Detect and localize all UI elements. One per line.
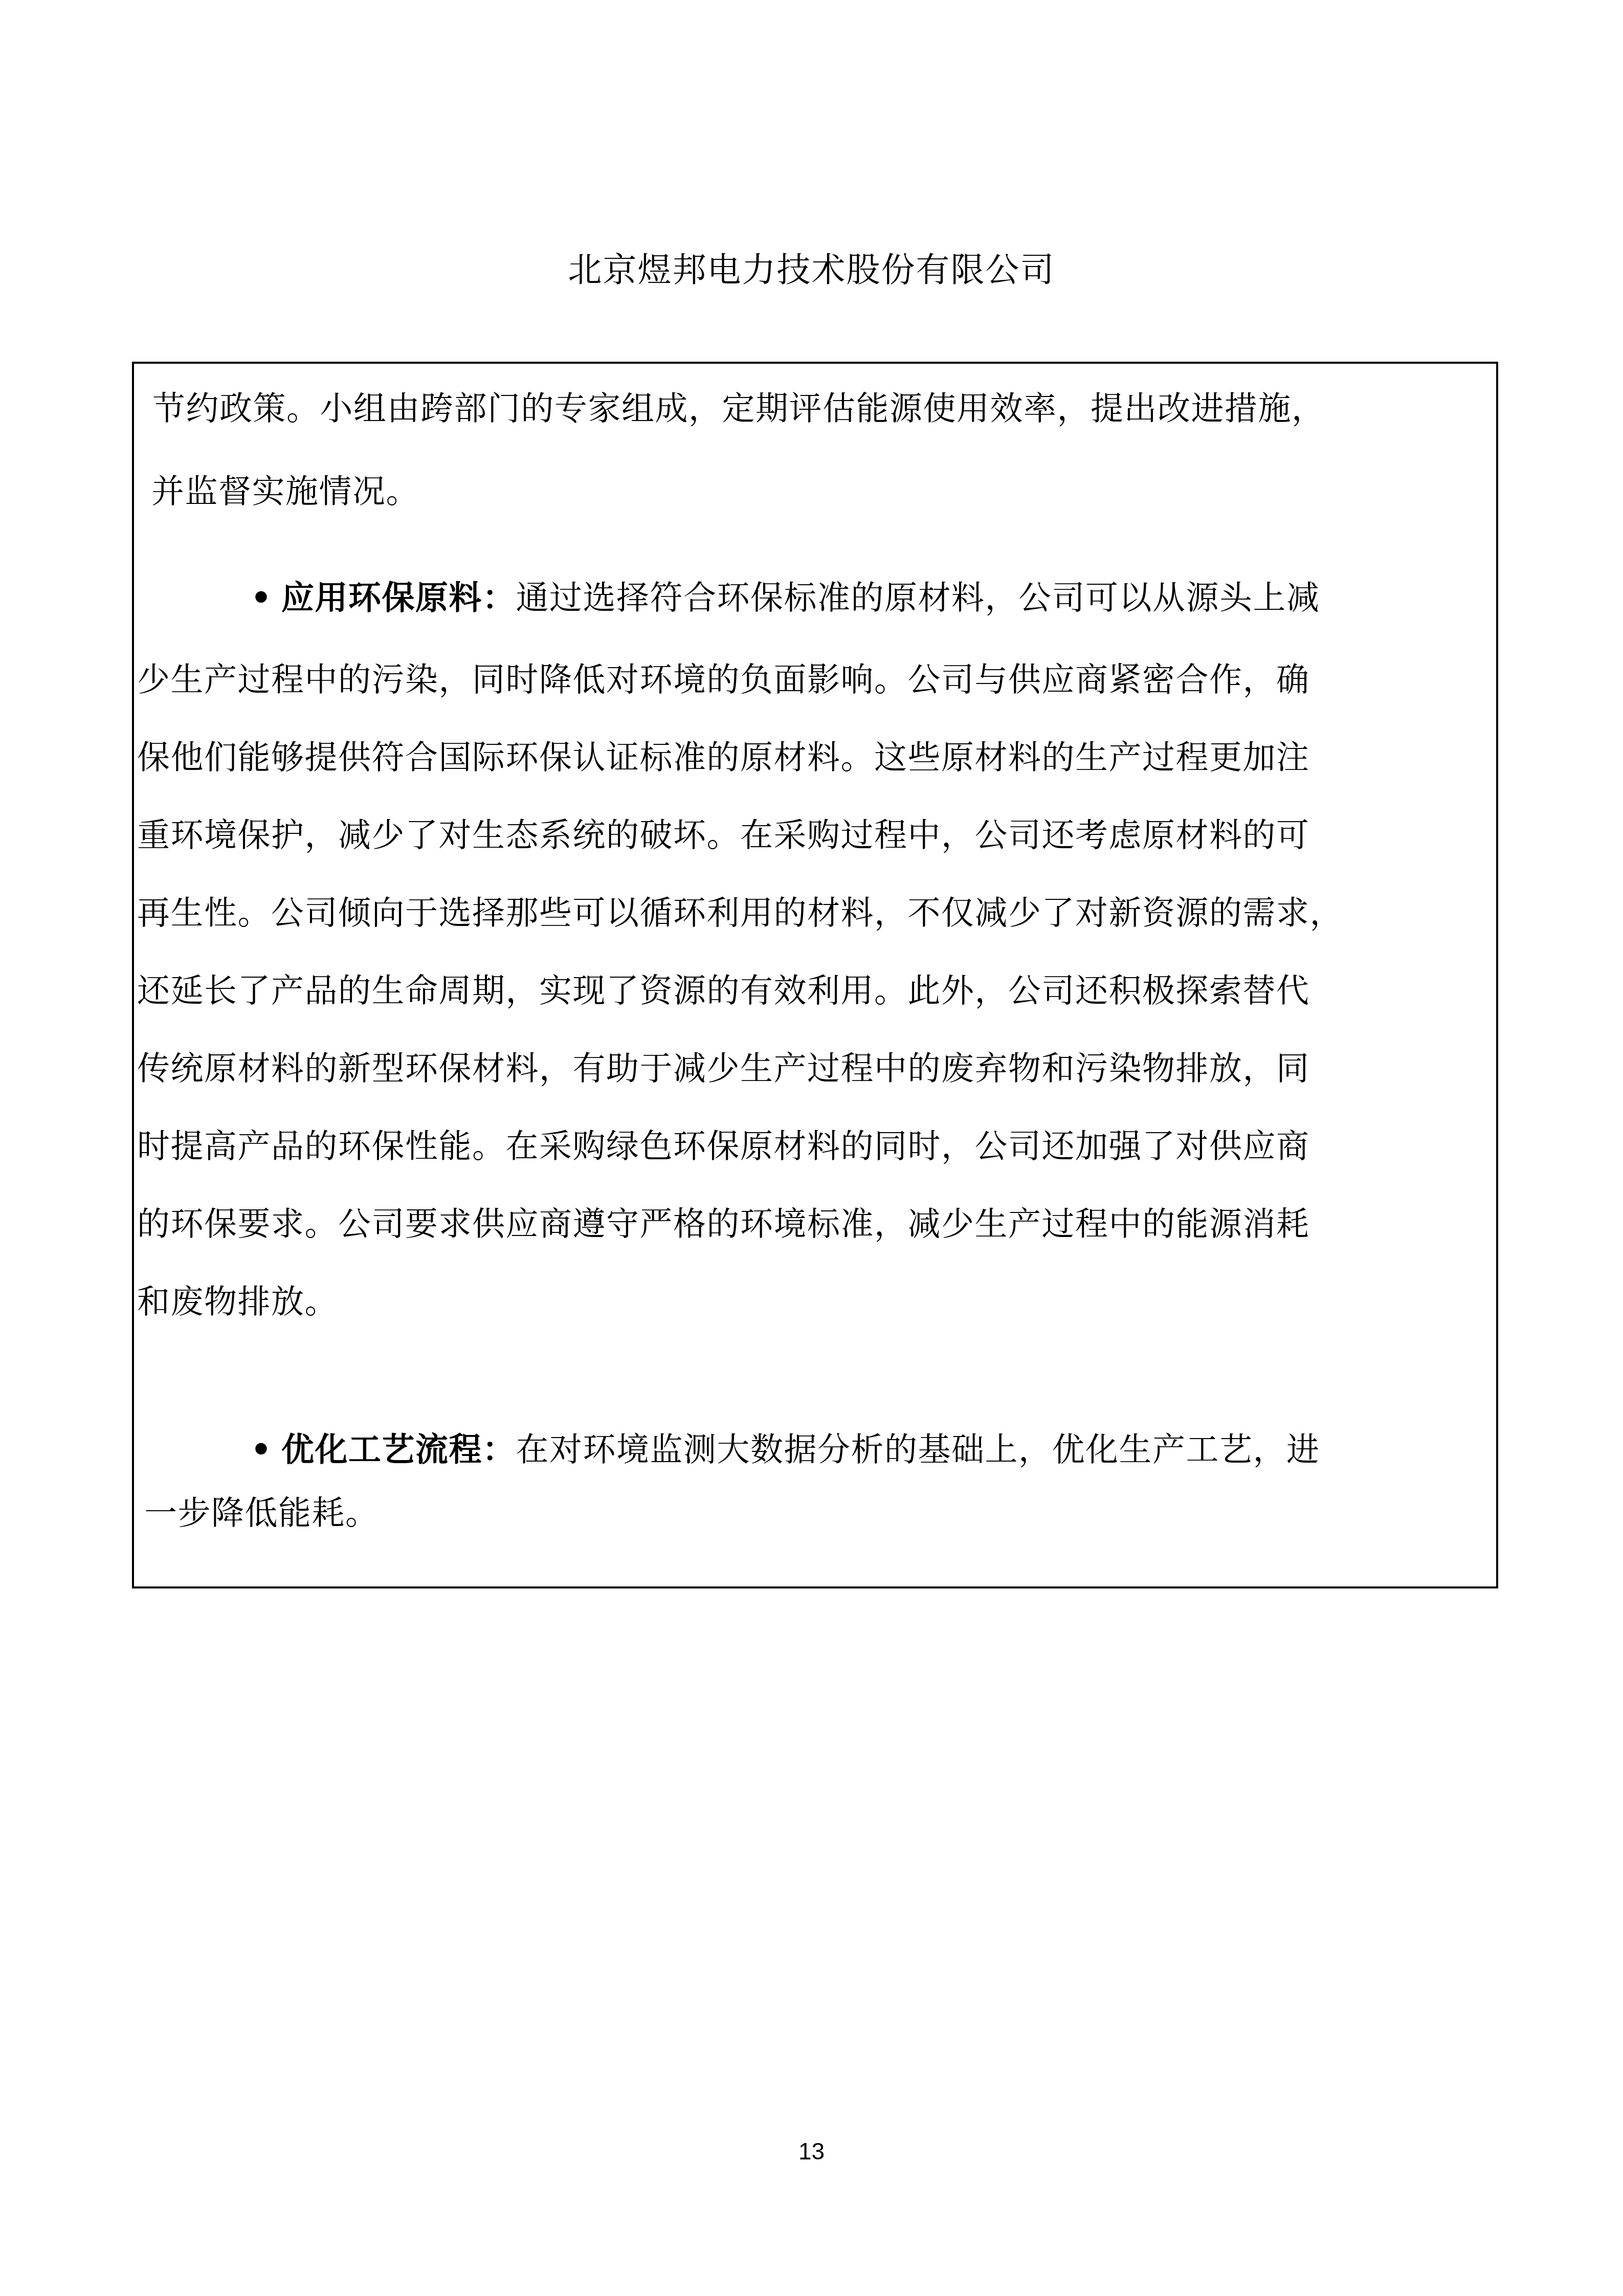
paragraph-line: 重环境保护，减少了对生态系统的破坏。在采购过程中，公司还考虑原材料的可	[137, 815, 1310, 856]
bullet-icon: •	[251, 578, 281, 619]
section-text: 在对环境监测大数据分析的基础上，优化生产工艺，进	[516, 1431, 1320, 1469]
intro-line-2: 并监督实施情况。	[151, 471, 419, 512]
paragraph-line: 少生产过程中的污染，同时降低对环境的负面影响。公司与供应商紧密合作，确	[137, 659, 1310, 700]
section-heading: 应用环保原料：	[281, 579, 516, 617]
paragraph-line: 的环保要求。公司要求供应商遵守严格的环境标准，减少生产过程中的能源消耗	[137, 1204, 1310, 1245]
paragraph-line: 一步降低能耗。	[144, 1493, 379, 1534]
bullet-icon: •	[251, 1429, 281, 1470]
page-number: 13	[0, 2136, 1623, 2167]
company-header: 北京煜邦电力技术股份有限公司	[0, 250, 1623, 291]
section-heading: 优化工艺流程：	[281, 1430, 516, 1469]
paragraph-line: 传统原材料的新型环保材料，有助于减少生产过程中的废弃物和污染物排放，同	[137, 1048, 1310, 1089]
section-apply-eco-materials-first-line: •应用环保原料：通过选择符合环保标准的原材料，公司可以从源头上减	[251, 578, 1320, 619]
section-text: 通过选择符合环保标准的原材料，公司可以从源头上减	[516, 579, 1320, 617]
section-optimize-process-first-line: •优化工艺流程：在对环境监测大数据分析的基础上，优化生产工艺，进	[251, 1429, 1320, 1470]
paragraph-line: 保他们能够提供符合国际环保认证标准的原材料。这些原材料的生产过程更加注	[137, 737, 1310, 778]
intro-line-1: 节约政策。小组由跨部门的专家组成，定期评估能源使用效率，提出改进措施，	[152, 388, 1325, 429]
content-box: 节约政策。小组由跨部门的专家组成，定期评估能源使用效率，提出改进措施， 并监督实…	[132, 362, 1498, 1588]
paragraph-line: 还延长了产品的生命周期，实现了资源的有效利用。此外，公司还积极探索替代	[137, 970, 1310, 1011]
paragraph-line: 和废物排放。	[137, 1282, 338, 1322]
paragraph-line: 时提高产品的环保性能。在采购绿色环保原材料的同时，公司还加强了对供应商	[137, 1126, 1310, 1167]
paragraph-line: 再生性。公司倾向于选择那些可以循环利用的材料，不仅减少了对新资源的需求，	[137, 893, 1343, 934]
